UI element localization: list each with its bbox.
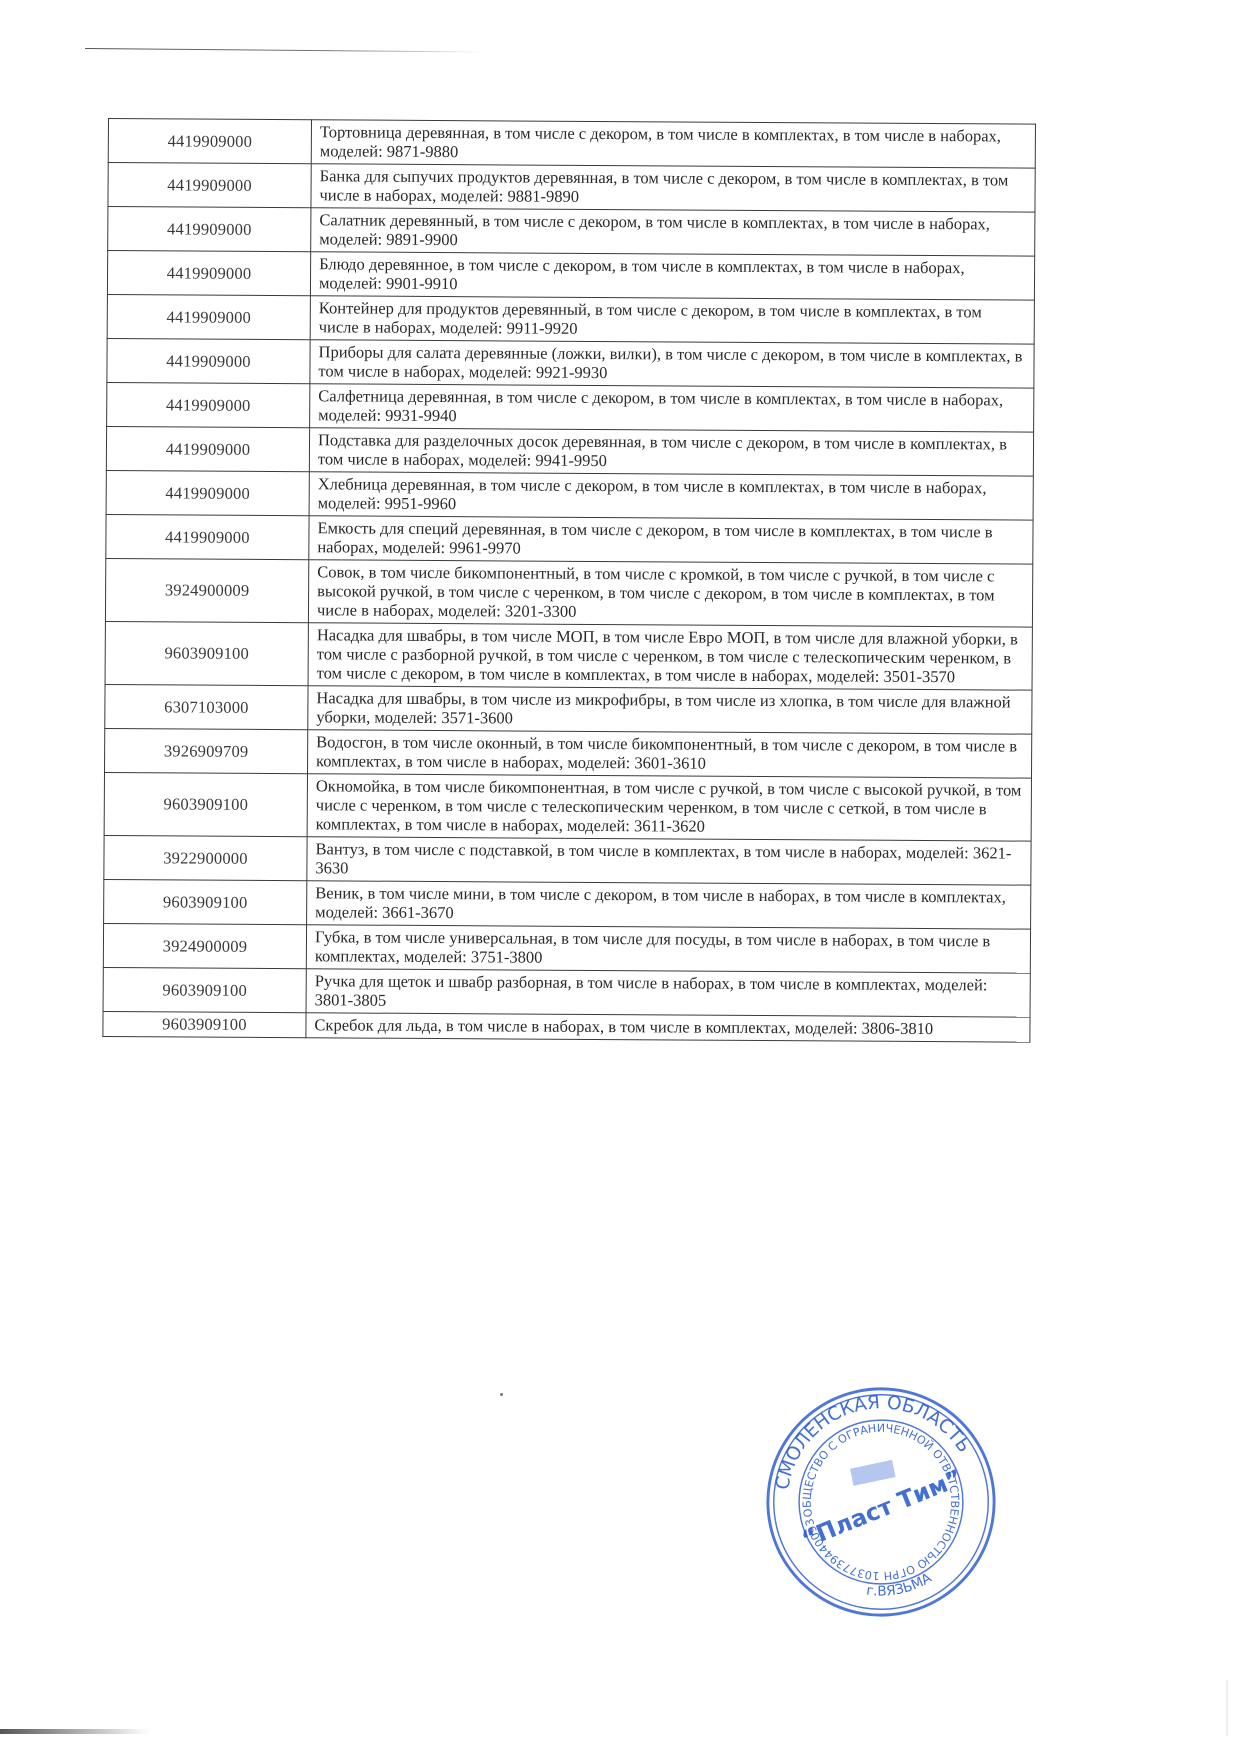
speck: [500, 1393, 503, 1396]
table-row: 4419909000Банка для сыпучих продуктов де…: [108, 163, 1035, 213]
table-row: 3926909709Водосгон, в том числе оконный,…: [105, 728, 1032, 778]
table-row: 9603909100Насадка для швабры, в том числ…: [105, 621, 1032, 690]
hs-code-cell: 4419909000: [106, 514, 309, 559]
seal-graphic: СМОЛЕНСКАЯ ОБЛАСТЬ ОБЩЕСТВО С ОГРАНИЧЕНН…: [742, 1363, 1020, 1641]
scan-edge-shadow: [0, 1729, 150, 1734]
table-row: 4419909000Блюдо деревянное, в том числе …: [107, 251, 1034, 301]
table-row: 3922900000Вантуз, в том числе с подставк…: [104, 835, 1031, 885]
table-row: 4419909000Салатник деревянный, в том чис…: [108, 207, 1035, 257]
table-row: 4419909000Приборы для салата деревянные …: [107, 338, 1034, 388]
hs-code-cell: 9603909100: [103, 967, 306, 1012]
product-description-cell: Тортовница деревянная, в том числе с дек…: [311, 120, 1035, 168]
table-row: 4419909000Емкость для специй деревянная,…: [106, 514, 1033, 564]
table-row: 9603909100Веник, в том числе мини, в том…: [104, 879, 1031, 929]
product-description-cell: Приборы для салата деревянные (ложки, ви…: [310, 340, 1034, 388]
hs-code-cell: 4419909000: [107, 294, 310, 339]
hs-code-cell: 4419909000: [107, 382, 310, 427]
table-row: 3924900009Совок, в том числе бикомпонент…: [105, 558, 1032, 627]
hs-code-cell: 3926909709: [105, 728, 308, 773]
product-description-cell: Блюдо деревянное, в том числе с декором,…: [310, 252, 1034, 300]
table-row: 4419909000Тортовница деревянная, в том ч…: [108, 119, 1035, 169]
hs-code-cell: 9603909100: [103, 1011, 306, 1037]
hs-code-cell: 4419909000: [106, 470, 309, 515]
product-description-cell: Банка для сыпучих продуктов деревянная, …: [311, 164, 1035, 212]
company-seal-stamp: СМОЛЕНСКАЯ ОБЛАСТЬ ОБЩЕСТВО С ОГРАНИЧЕНН…: [742, 1363, 1020, 1641]
seal-emblem: [850, 1460, 896, 1486]
product-code-table: 4419909000Тортовница деревянная, в том ч…: [102, 118, 1036, 1043]
scan-edge-right: [1226, 1680, 1228, 1736]
hs-code-cell: 4419909000: [108, 163, 311, 208]
top-rule-line: [85, 48, 485, 52]
hs-code-cell: 9603909100: [104, 879, 307, 924]
hs-code-cell: 4419909000: [107, 251, 310, 296]
hs-code-cell: 3924900009: [103, 923, 306, 968]
table-row: 9603909100Скребок для льда, в том числе …: [103, 1011, 1030, 1042]
product-description-cell: Емкость для специй деревянная, в том чис…: [309, 516, 1033, 564]
table-row: 9603909100Окномойка, в том числе бикомпо…: [104, 772, 1031, 841]
hs-code-cell: 4419909000: [107, 338, 310, 383]
hs-code-cell: 3924900009: [105, 558, 308, 622]
product-description-cell: Хлебница деревянная, в том числе с декор…: [309, 472, 1033, 520]
product-description-cell: Насадка для швабры, в том числе из микро…: [308, 686, 1032, 734]
product-description-cell: Ручка для щеток и швабр разборная, в том…: [306, 969, 1030, 1017]
product-description-cell: Водосгон, в том числе оконный, в том чис…: [307, 730, 1031, 778]
hs-code-cell: 4419909000: [108, 207, 311, 252]
product-description-cell: Скребок для льда, в том числе в наборах,…: [306, 1013, 1030, 1042]
product-description-cell: Контейнер для продуктов деревянный, в то…: [310, 296, 1034, 344]
product-description-cell: Совок, в том числе бикомпонентный, в том…: [308, 560, 1032, 627]
product-description-cell: Вантуз, в том числе с подставкой, в том …: [307, 837, 1031, 885]
table-row: 4419909000Салфетница деревянная, в том ч…: [107, 382, 1034, 432]
product-description-cell: Подставка для разделочных досок деревянн…: [309, 428, 1033, 476]
product-description-cell: Салфетница деревянная, в том числе с дек…: [310, 384, 1034, 432]
table-row: 4419909000Подставка для разделочных досо…: [106, 426, 1033, 476]
hs-code-cell: 9603909100: [105, 621, 308, 685]
product-description-cell: Насадка для швабры, в том числе МОП, в т…: [308, 623, 1032, 690]
product-description-cell: Веник, в том числе мини, в том числе с д…: [307, 881, 1031, 929]
hs-code-cell: 4419909000: [106, 426, 309, 471]
product-description-cell: Салатник деревянный, в том числе с декор…: [311, 208, 1035, 256]
product-description-cell: Губка, в том числе универсальная, в том …: [306, 925, 1030, 973]
table-row: 4419909000Хлебница деревянная, в том чис…: [106, 470, 1033, 520]
hs-code-cell: 4419909000: [108, 119, 311, 164]
table-row: 6307103000Насадка для швабры, в том числ…: [105, 684, 1032, 734]
hs-code-cell: 3922900000: [104, 835, 307, 880]
product-description-cell: Окномойка, в том числе бикомпонентная, в…: [307, 774, 1031, 841]
hs-code-cell: 6307103000: [105, 684, 308, 729]
hs-code-cell: 9603909100: [104, 772, 307, 836]
table-row: 9603909100Ручка для щеток и швабр разбор…: [103, 967, 1030, 1017]
table-row: 4419909000Контейнер для продуктов деревя…: [107, 294, 1034, 344]
table-row: 3924900009Губка, в том числе универсальн…: [103, 923, 1030, 973]
